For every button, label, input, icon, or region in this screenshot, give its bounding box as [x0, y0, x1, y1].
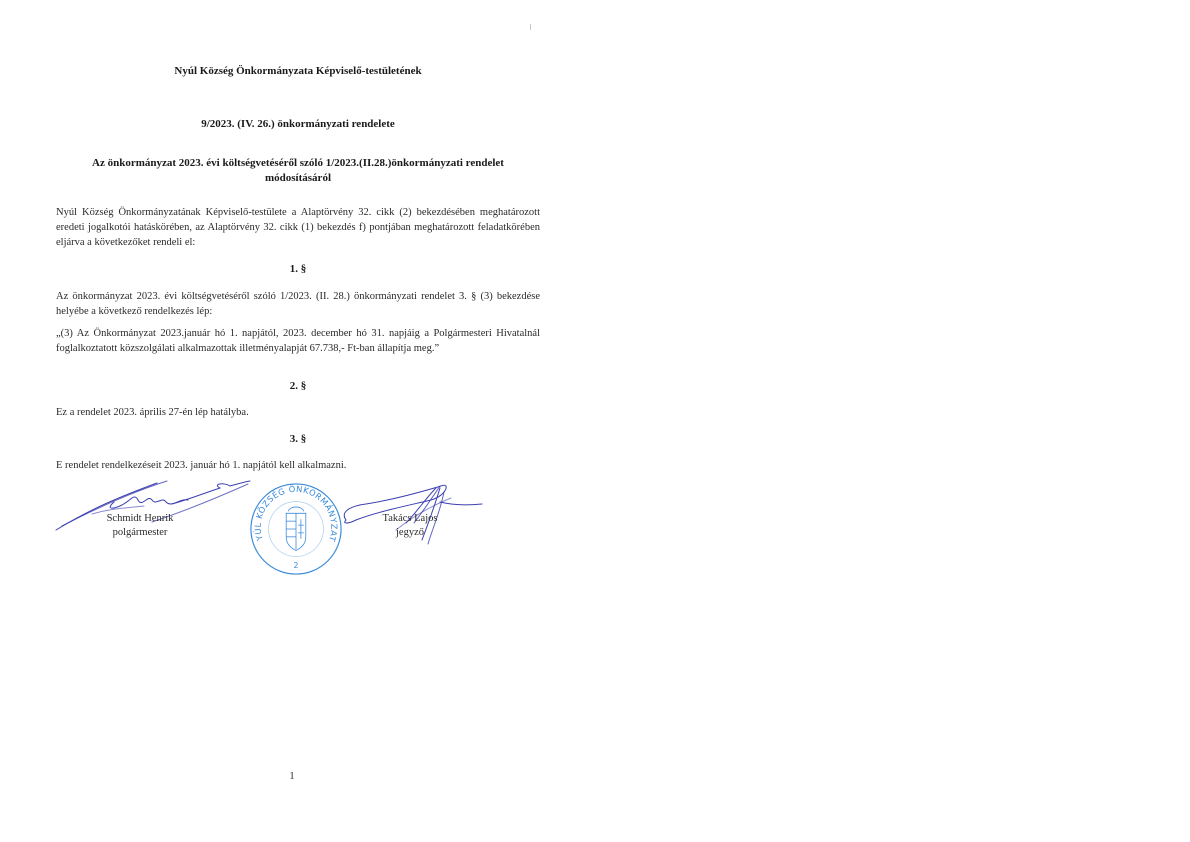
svg-text:NYÚL KÖZSÉG ÖNKORMÁNYZATA: NYÚL KÖZSÉG ÖNKORMÁNYZATA	[247, 478, 339, 544]
section-3-heading: 3. §	[56, 432, 540, 447]
stamp-rim-text: NYÚL KÖZSÉG ÖNKORMÁNYZATA	[247, 478, 339, 544]
preamble-paragraph: Nyúl Község Önkormányzatának Képviselő-t…	[56, 205, 540, 250]
hungarian-coat-of-arms-icon	[286, 507, 306, 551]
issuer-heading: Nyúl Község Önkormányzata Képviselő-test…	[56, 64, 540, 79]
section-1-heading: 1. §	[56, 262, 540, 277]
document-page: Nyúl Község Önkormányzata Képviselő-test…	[0, 0, 595, 842]
clerk-title: jegyző	[360, 525, 460, 540]
scan-artifact	[530, 24, 531, 30]
mayor-name: Schmidt Henrik	[80, 511, 200, 526]
section-3-paragraph-1: E rendelet rendelkezéseit 2023. január h…	[56, 458, 540, 473]
decree-number: 9/2023. (IV. 26.) önkormányzati rendelet…	[56, 117, 540, 132]
page-number: 1	[284, 770, 300, 782]
stamp-number: 2	[294, 561, 299, 570]
mayor-title: polgármester	[80, 525, 200, 540]
section-2-paragraph-1: Ez a rendelet 2023. április 27-én lép ha…	[56, 405, 540, 420]
official-stamp-icon: NYÚL KÖZSÉG ÖNKORMÁNYZATA 2	[247, 478, 345, 580]
decree-subject-line-1: Az önkormányzat 2023. évi költségvetésér…	[56, 156, 540, 171]
section-1-paragraph-1: Az önkormányzat 2023. évi költségvetésér…	[56, 289, 540, 319]
section-1-paragraph-2: „(3) Az Önkormányzat 2023.január hó 1. n…	[56, 326, 540, 356]
section-2-heading: 2. §	[56, 379, 540, 394]
decree-subject-line-2: módosításáról	[56, 171, 540, 186]
clerk-name: Takács Lajos	[360, 511, 460, 526]
